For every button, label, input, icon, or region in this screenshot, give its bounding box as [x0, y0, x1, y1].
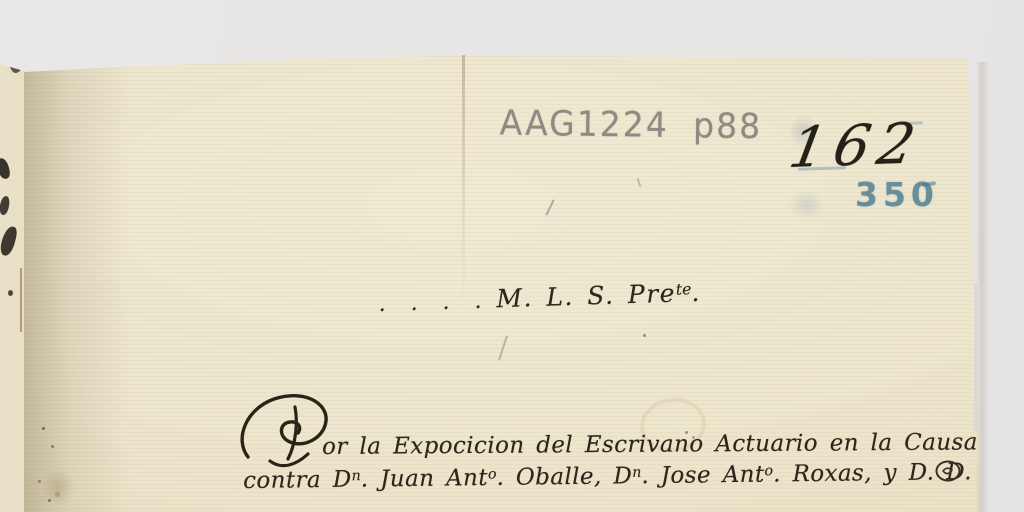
- line2-text: . Juan Ant: [361, 465, 488, 493]
- manuscript-scan: AAG1224 p88 162 350 . . . .M. L. S. Pret…: [0, 0, 1024, 512]
- corner-fold-shadow: [8, 58, 23, 75]
- blue-ink-smudge: [788, 190, 826, 220]
- body-line-1-text: or la Expocicion del Escrivano Actuario …: [322, 429, 1024, 460]
- line2-text: . Jose Ant: [641, 462, 764, 490]
- rubric-flourish: [934, 459, 962, 483]
- folio-number: 162: [784, 111, 927, 181]
- salutation-superscript: te: [676, 280, 692, 298]
- salutation-text: M. L. S. Pre: [496, 279, 677, 314]
- pencil-catalog-annotation: AAG1224 p88: [499, 102, 762, 147]
- fold-crease: [462, 55, 465, 310]
- ink-smudge: [0, 195, 10, 215]
- superscript-n: n: [351, 468, 360, 484]
- ink-smudge: [0, 157, 11, 180]
- ink-smudge: [0, 225, 18, 257]
- page-edge-shadow: [976, 62, 992, 512]
- line2-text: . Oballe, D: [496, 463, 632, 491]
- ink-smudge: [8, 290, 13, 296]
- drop-cap-initial-flourish: [238, 390, 333, 472]
- line2-text: contra D: [243, 467, 352, 494]
- manuscript-page: AAG1224 p88 162 350 . . . .M. L. S. Pret…: [0, 0, 1024, 512]
- speck-cluster: [42, 427, 45, 430]
- salutation-period: .: [691, 278, 700, 307]
- archive-stamp-number: 350: [855, 175, 939, 214]
- page-edge-mark: [20, 268, 22, 332]
- stain-smudge: [42, 468, 74, 506]
- superscript-o: o: [764, 463, 773, 479]
- salutation-dots: . . . .: [378, 288, 491, 317]
